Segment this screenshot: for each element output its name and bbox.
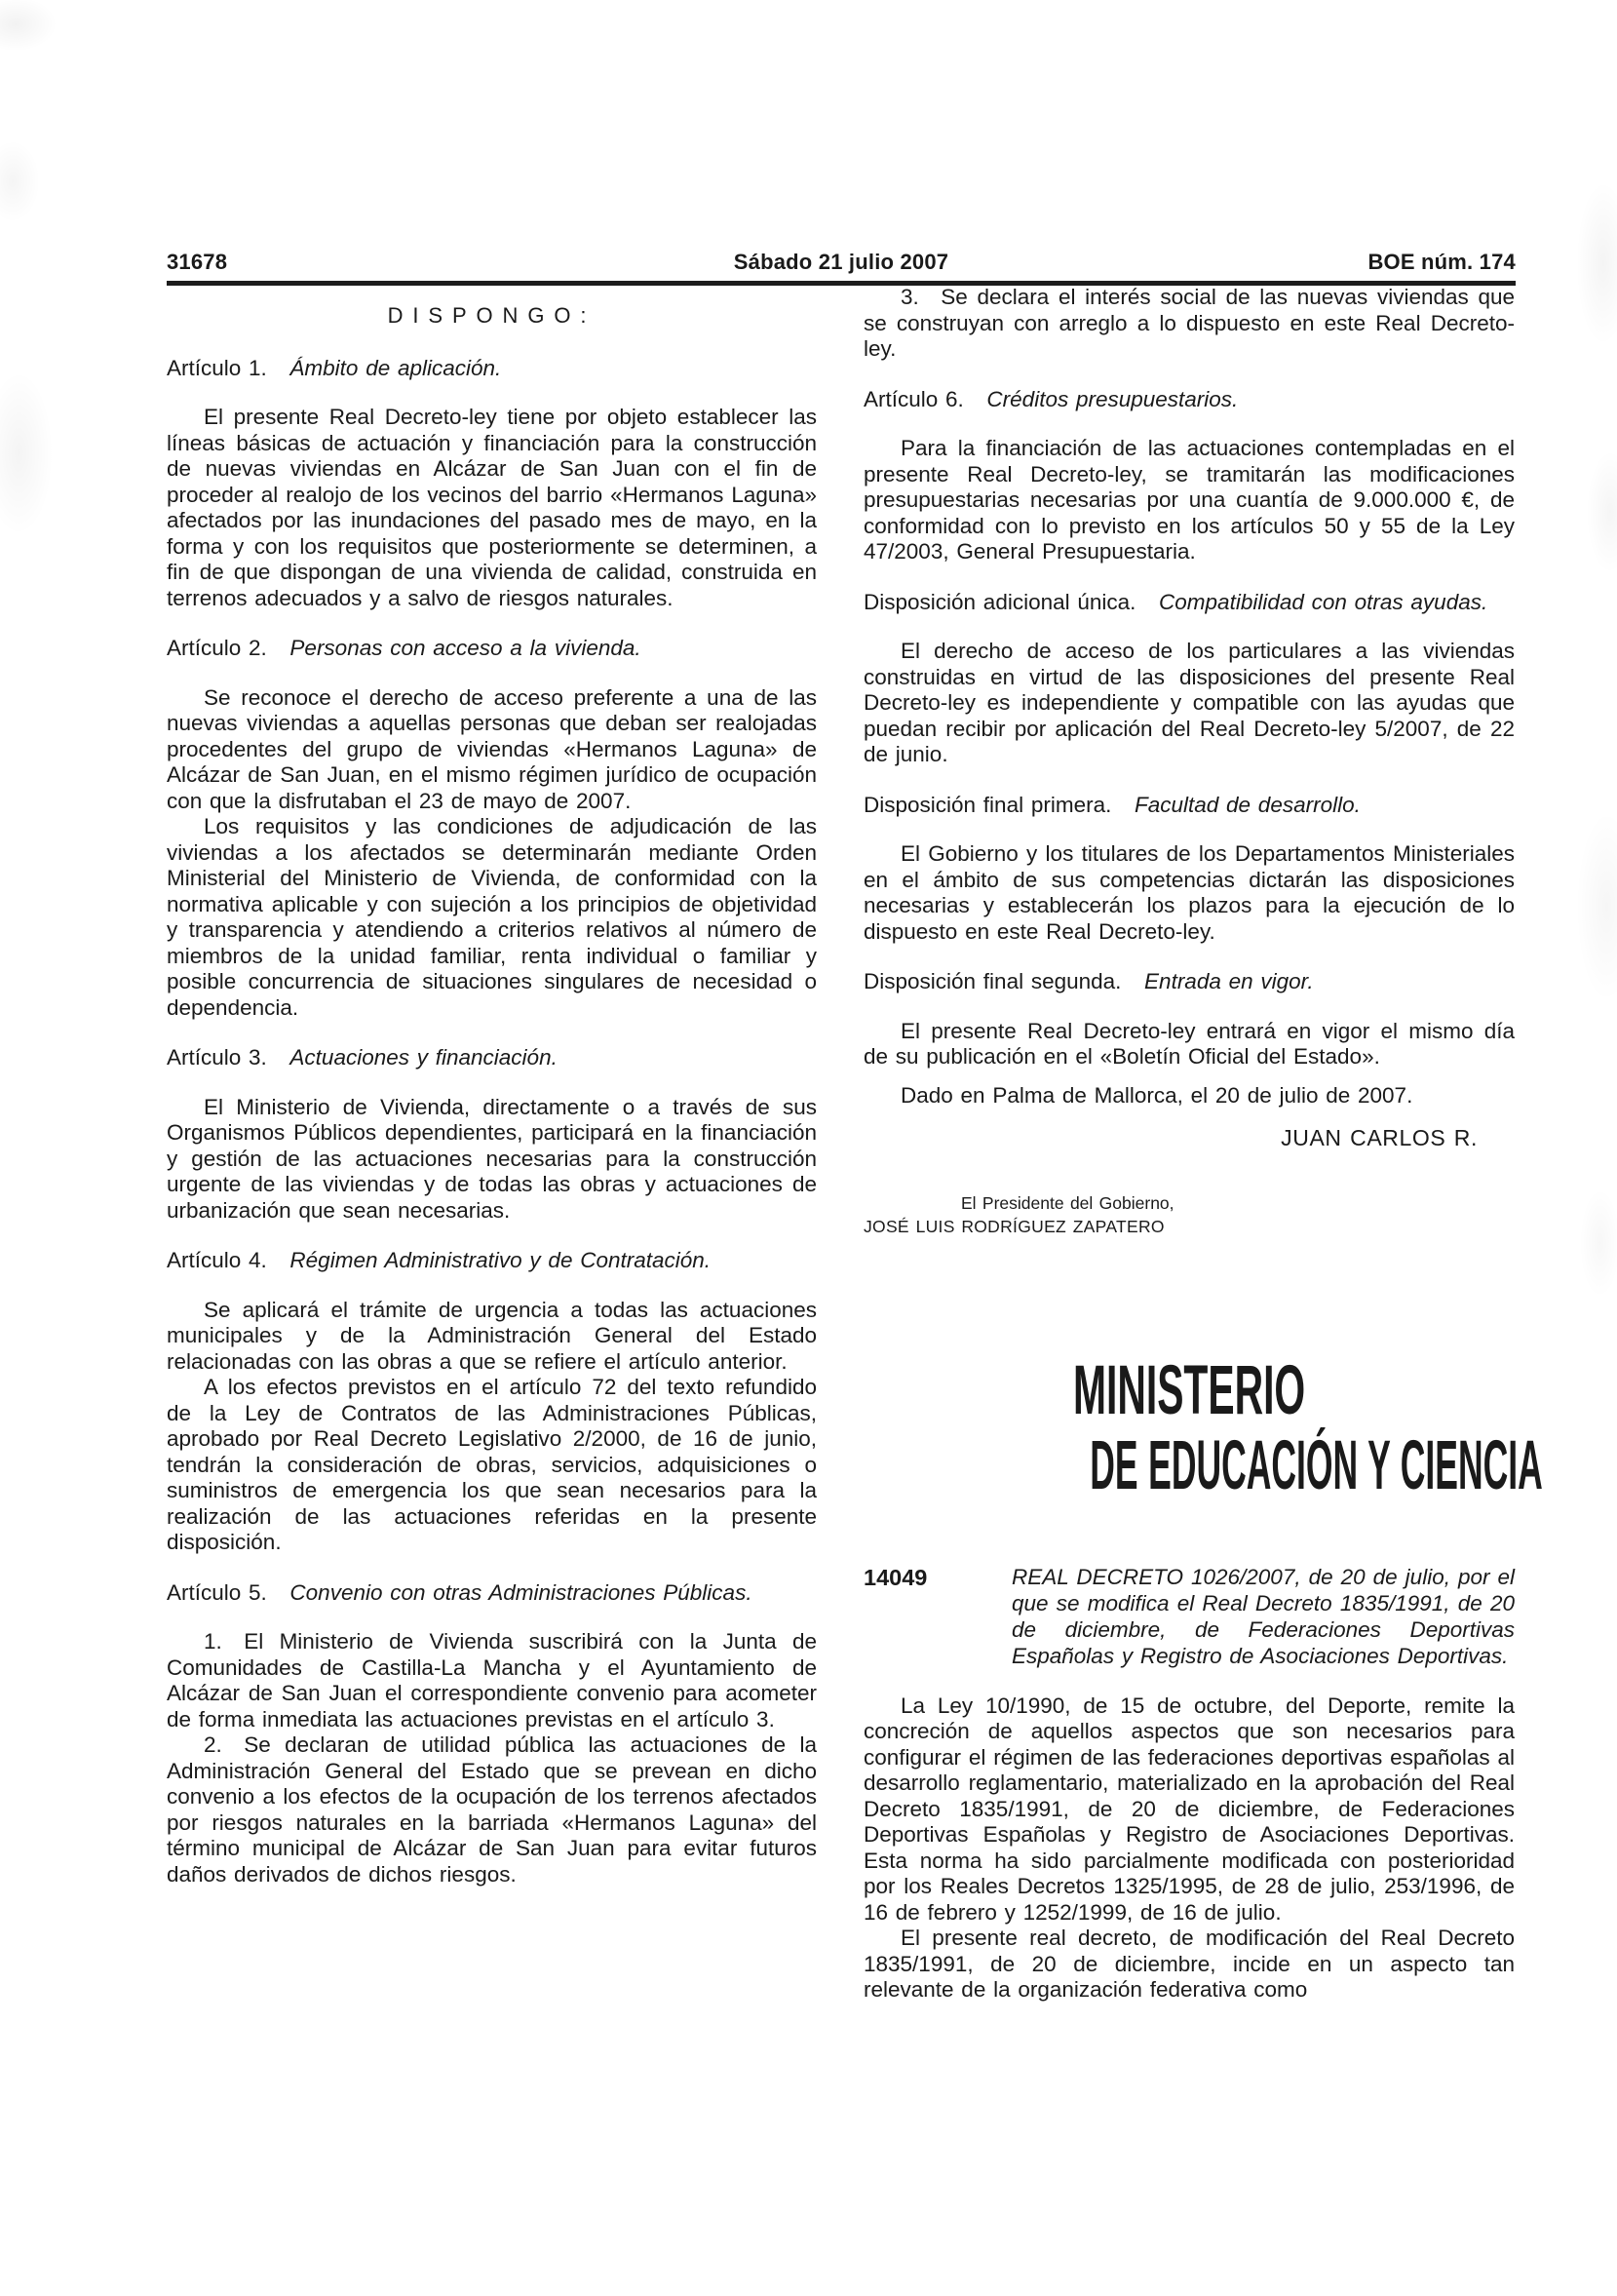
boe-scanned-page: 31678 Sábado 21 julio 2007 BOE núm. 174 … [0,0,1617,2296]
ministry-heading-line1: MINISTERIO [864,1353,1515,1428]
ministry-heading-line2: DE EDUCACIÓN Y CIENCIA [864,1428,1515,1503]
paragraph-art4-1: Se aplicará el trámite de urgencia a tod… [167,1298,817,1376]
article-label: Artículo 1. [167,356,267,380]
paragraph-entry-2: El presente real decreto, de modificació… [864,1926,1515,2004]
disposicion-final-1-heading: Disposición final primera.Facultad de de… [864,793,1515,819]
disposicion-adicional-heading: Disposición adicional única.Compatibilid… [864,590,1515,616]
paragraph-art6-1: Para la financiación de las actuaciones … [864,436,1515,565]
header-issue: BOE núm. 174 [1367,250,1516,275]
article-label: Artículo 3. [167,1045,267,1070]
paragraph-disp-adicional-1: El derecho de acceso de los particulares… [864,639,1515,768]
article-label: Artículo 6. [864,387,964,411]
decree-entry-number: 14049 [864,1564,1012,1670]
article-label: Artículo 2. [167,636,267,660]
column-left: DISPONGO: Artículo 1.Ámbito de aplicació… [167,295,817,1887]
pm-signature-block: El Presidente del Gobierno, JOSÉ LUIS RO… [864,1191,1515,1238]
paragraph-art5-1: 1. El Ministerio de Vivienda suscribirá … [167,1629,817,1732]
disposicion-title: Compatibilidad con otras ayudas. [1159,590,1487,614]
disposicion-title: Entrada en vigor. [1144,969,1314,993]
article-6-heading: Artículo 6.Créditos presupuestarios. [864,387,1515,413]
article-label: Artículo 5. [167,1580,267,1605]
dispongo-heading: DISPONGO: [167,303,817,330]
paragraph-art1-1: El presente Real Decreto-ley tiene por o… [167,405,817,611]
article-title: Personas con acceso a la vivienda. [289,636,640,660]
decree-entry-title: REAL DECRETO 1026/2007, de 20 de julio, … [1012,1564,1515,1670]
pm-title: El Presidente del Gobierno, [864,1191,1515,1215]
scan-artifact-right-edge [1549,0,1617,1462]
article-title: Actuaciones y financiación. [289,1045,557,1070]
paragraph-disp-final-1: El Gobierno y los titulares de los Depar… [864,841,1515,945]
decree-entry: 14049 REAL DECRETO 1026/2007, de 20 de j… [864,1564,1515,1670]
paragraph-disp-final-2: El presente Real Decreto-ley entrará en … [864,1019,1515,1070]
article-2-heading: Artículo 2.Personas con acceso a la vivi… [167,636,817,662]
article-3-heading: Artículo 3.Actuaciones y financiación. [167,1045,817,1071]
disposicion-final-2-heading: Disposición final segunda.Entrada en vig… [864,969,1515,995]
disposicion-label: Disposición final segunda. [864,969,1121,993]
royal-signature: JUAN CARLOS R. [864,1125,1515,1151]
paragraph-art4-2: A los efectos previstos en el artículo 7… [167,1375,817,1556]
article-4-heading: Artículo 4.Régimen Administrativo y de C… [167,1248,817,1274]
paragraph-art2-1: Se reconoce el derecho de acceso prefere… [167,685,817,815]
paragraph-art2-2: Los requisitos y las condiciones de adju… [167,814,817,1021]
paragraph-art3-1: El Ministerio de Vivienda, directamente … [167,1095,817,1225]
paragraph-art5-3: 3. Se declara el interés social de las n… [864,285,1515,363]
pm-name: JOSÉ LUIS RODRÍGUEZ ZAPATERO [864,1215,1515,1238]
disposicion-title: Facultad de desarrollo. [1135,793,1361,817]
header-date: Sábado 21 julio 2007 [167,250,1516,275]
article-title: Créditos presupuestarios. [986,387,1238,411]
article-5-heading: Artículo 5.Convenio con otras Administra… [167,1580,817,1607]
disposicion-label: Disposición adicional única. [864,590,1136,614]
page-header: 31678 Sábado 21 julio 2007 BOE núm. 174 [167,244,1516,279]
article-title: Convenio con otras Administraciones Públ… [289,1580,751,1605]
article-title: Régimen Administrativo y de Contratación… [289,1248,711,1272]
article-title: Ámbito de aplicación. [289,356,501,380]
dado-line: Dado en Palma de Mallorca, el 20 de juli… [864,1083,1515,1109]
paragraph-art5-2: 2. Se declaran de utilidad pública las a… [167,1732,817,1887]
article-1-heading: Artículo 1.Ámbito de aplicación. [167,356,817,382]
paragraph-entry-1: La Ley 10/1990, de 15 de octubre, del De… [864,1693,1515,1926]
disposicion-label: Disposición final primera. [864,793,1111,817]
article-label: Artículo 4. [167,1248,267,1272]
column-right: 3. Se declara el interés social de las n… [864,285,1515,2004]
ministry-heading: MINISTERIO DE EDUCACIÓN Y CIENCIA [864,1353,1515,1503]
scan-artifact-topleft [0,0,156,604]
